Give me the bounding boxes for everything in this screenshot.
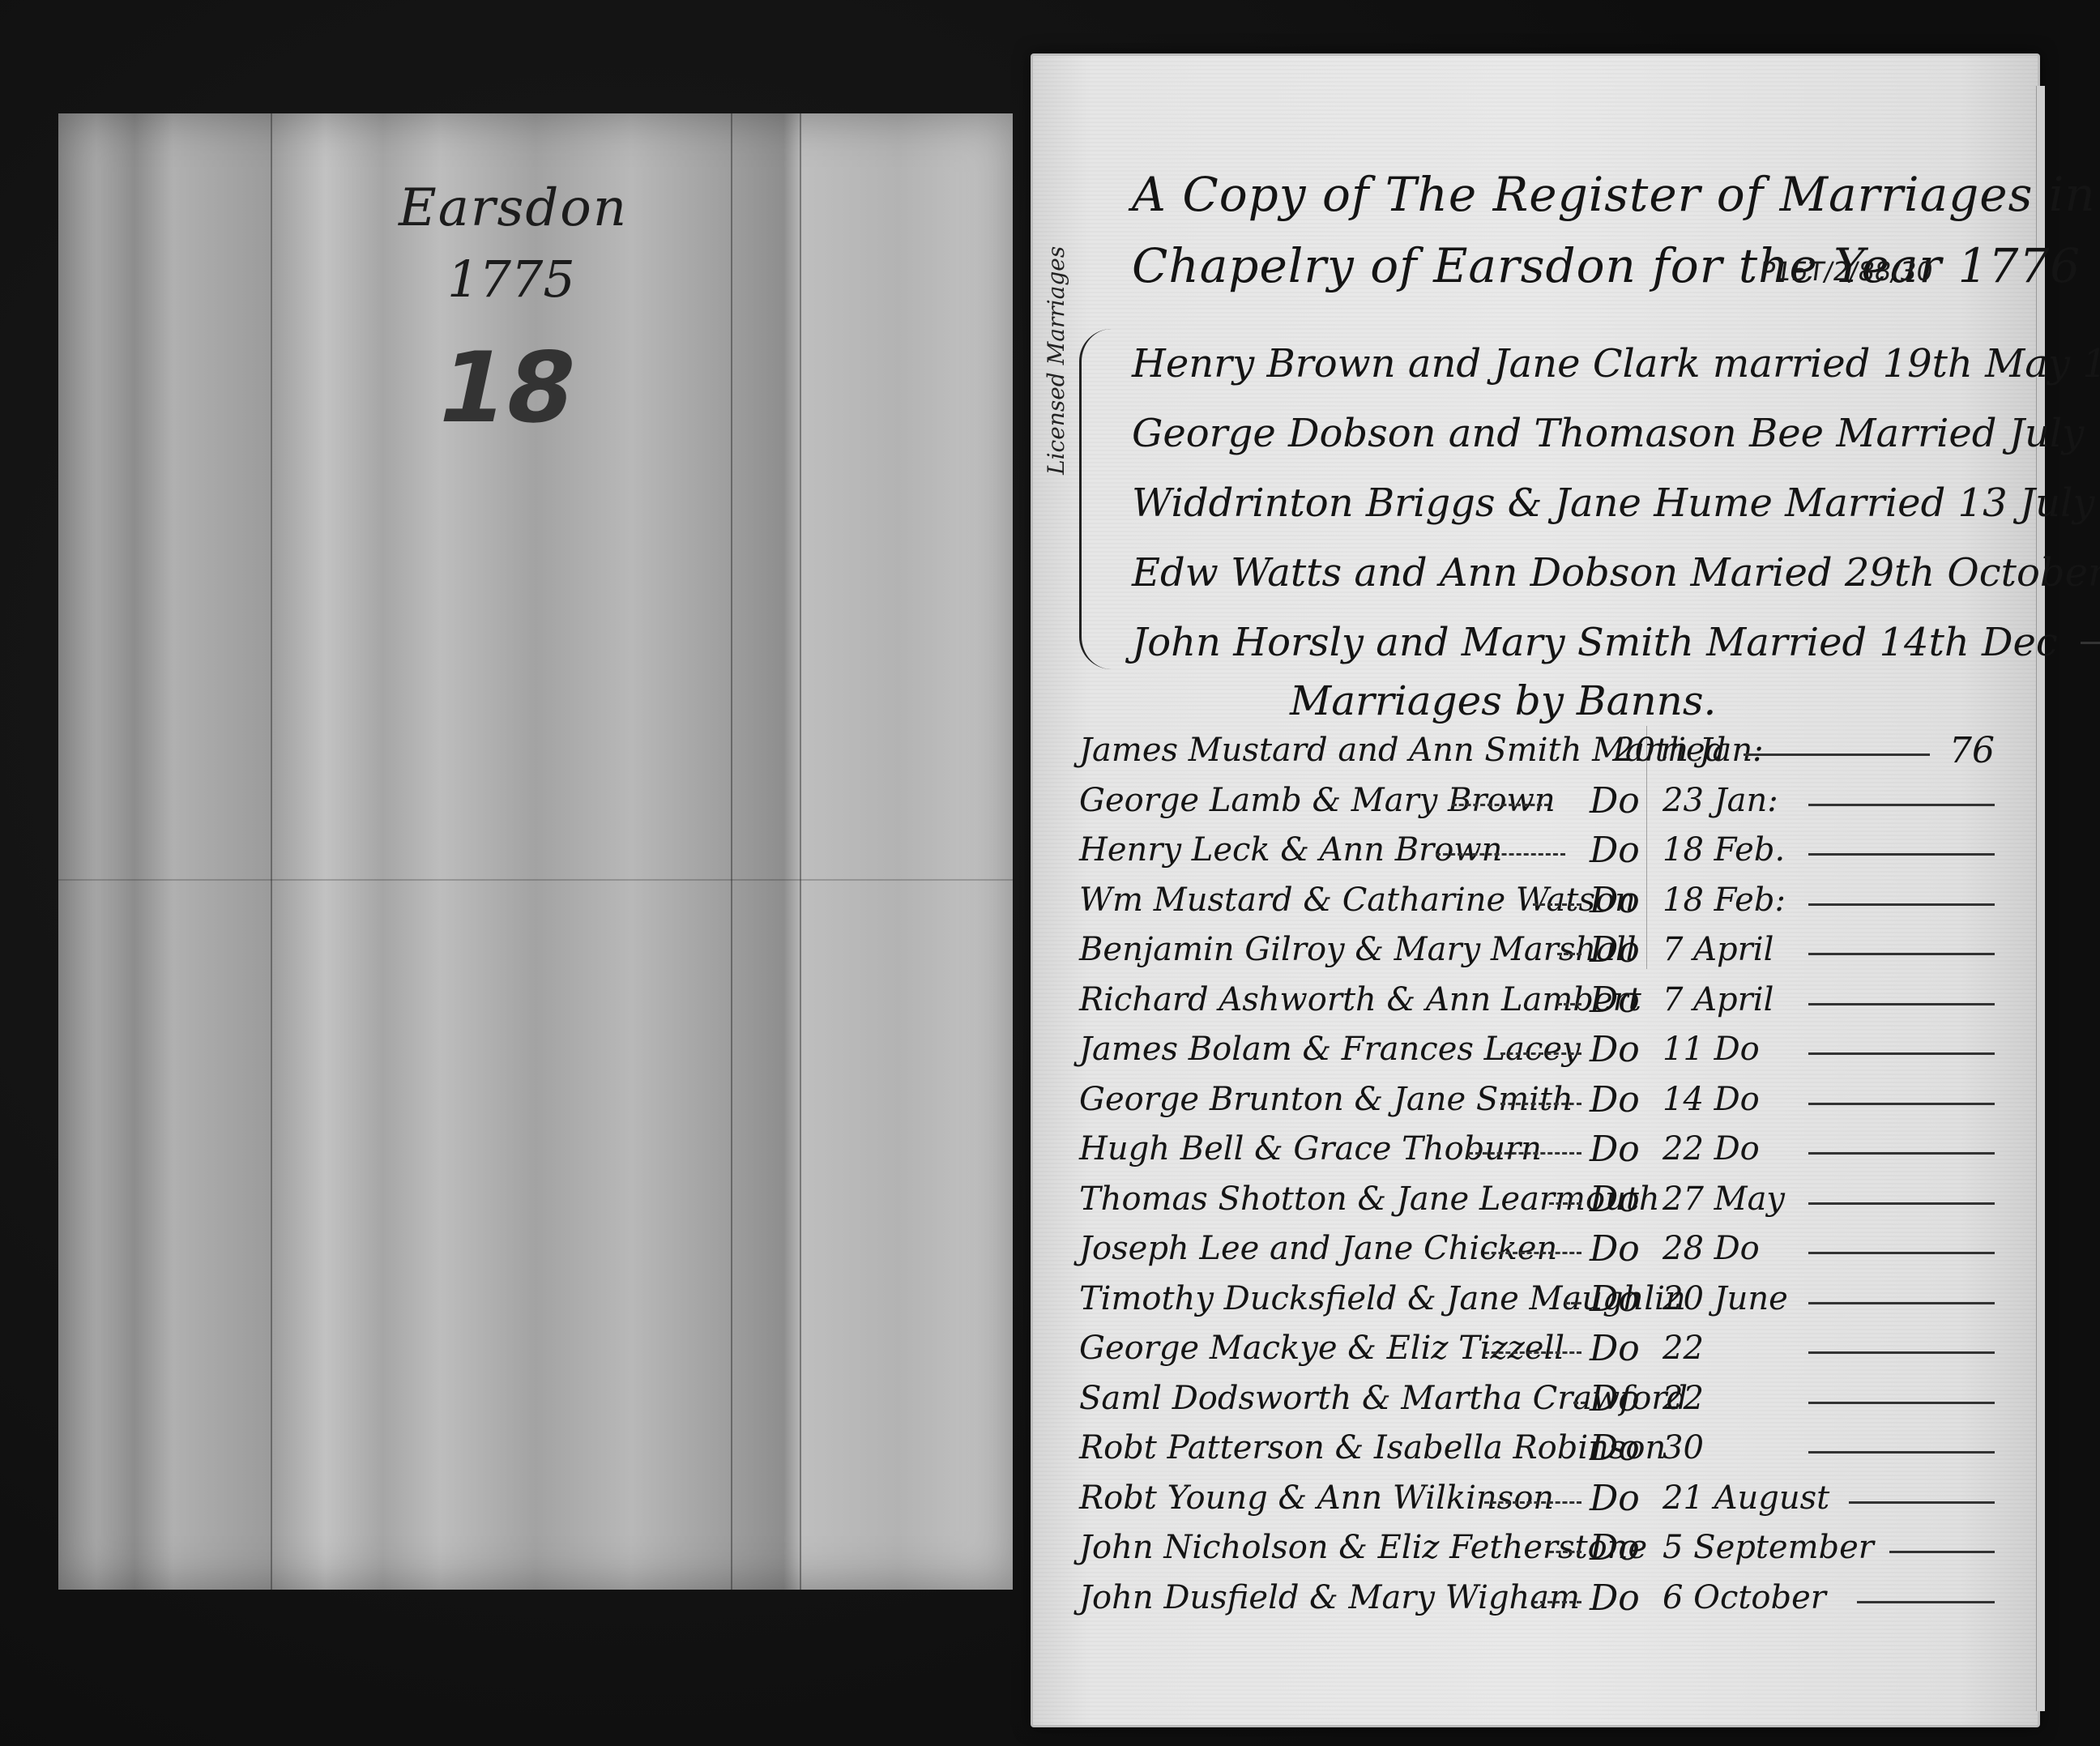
list-item: John Horsly and Mary Smith Married 14th … <box>1132 608 2100 677</box>
licensed-marriages-list: Henry Brown and Jane Clark married 19th … <box>1132 329 2100 677</box>
table-row: Robt Patterson & Isabella Robinson Do 30 <box>1079 1424 1995 1474</box>
table-row: Timothy Ducksfield & Jane Maughlin Do 20… <box>1079 1274 1995 1325</box>
banns-marriages-list: James Mustard and Ann Smith Married 20th… <box>1079 726 1995 1623</box>
table-row: John Dusfield & Mary Wigham Do 6 October <box>1079 1573 1995 1624</box>
list-item: Henry Brown and Jane Clark married 19th … <box>1132 329 2100 399</box>
cover-page: Earsdon 1775 18 <box>58 113 1013 1590</box>
table-row: Joseph Lee and Jane Chicken Do 28 Do <box>1079 1224 1995 1274</box>
table-row: George Mackye & Eliz Tizzell Do 22 <box>1079 1324 1995 1374</box>
table-row: Robt Young & Ann Wilkinson Do 21 August <box>1079 1474 1995 1524</box>
list-item: George Dobson and Thomason Bee Married J… <box>1132 399 2100 468</box>
archive-reference: P15T/2/88/30 <box>1757 256 1935 287</box>
fold-line <box>58 879 1013 881</box>
register-title-line-2: Chapelry of Earsdon for the Year 1776 <box>1132 238 2081 293</box>
table-row: Hugh Bell & Grace Thoburn Do 22 Do <box>1079 1125 1995 1175</box>
table-row: Thomas Shotton & Jane Learmouth Do 27 Ma… <box>1079 1175 1995 1225</box>
table-row: Benjamin Gilroy & Mary Marshall Do 7 Apr… <box>1079 925 1995 975</box>
table-row: George Brunton & Jane Smith Do 14 Do <box>1079 1075 1995 1125</box>
table-row: Saml Dodsworth & Martha Crawford Do 22 <box>1079 1374 1995 1424</box>
table-row: James Bolam & Frances Lacey Do 11 Do <box>1079 1025 1995 1075</box>
table-row: Wm Mustard & Catharine Watson Do 18 Feb: <box>1079 876 1995 926</box>
dash-rule <box>2081 642 2100 644</box>
fold-line <box>731 113 732 1590</box>
cover-number: 18 <box>427 332 587 445</box>
fold-line <box>271 113 272 1590</box>
table-row: John Nicholson & Eliz Fetherstone Do 5 S… <box>1079 1523 1995 1573</box>
list-item: Widdrinton Briggs & Jane Hume Married 13… <box>1132 468 2100 538</box>
register-page: A Copy of The Register of Marriages in t… <box>1031 53 2040 1727</box>
register-title-line-1: A Copy of The Register of Marriages in t… <box>1132 167 2100 222</box>
table-row: Richard Ashworth & Ann Lambert Do 7 Apri… <box>1079 975 1995 1026</box>
brace-icon <box>1079 329 1114 669</box>
banns-heading: Marriages by Banns. <box>1290 677 1716 724</box>
table-row: Henry Leck & Ann Brown Do 18 Feb. <box>1079 826 1995 876</box>
cover-place: Earsdon <box>399 178 628 238</box>
fold-line <box>800 113 801 1590</box>
cover-year: 1775 <box>447 250 575 309</box>
list-item: Edw Watts and Ann Dobson Maried 29th Oct… <box>1132 538 2100 608</box>
table-row: George Lamb & Mary Brown Do 23 Jan: <box>1079 776 1995 826</box>
table-row: James Mustard and Ann Smith Married 20th… <box>1079 726 1995 776</box>
margin-note: Licensed Marriages <box>1043 246 1069 475</box>
